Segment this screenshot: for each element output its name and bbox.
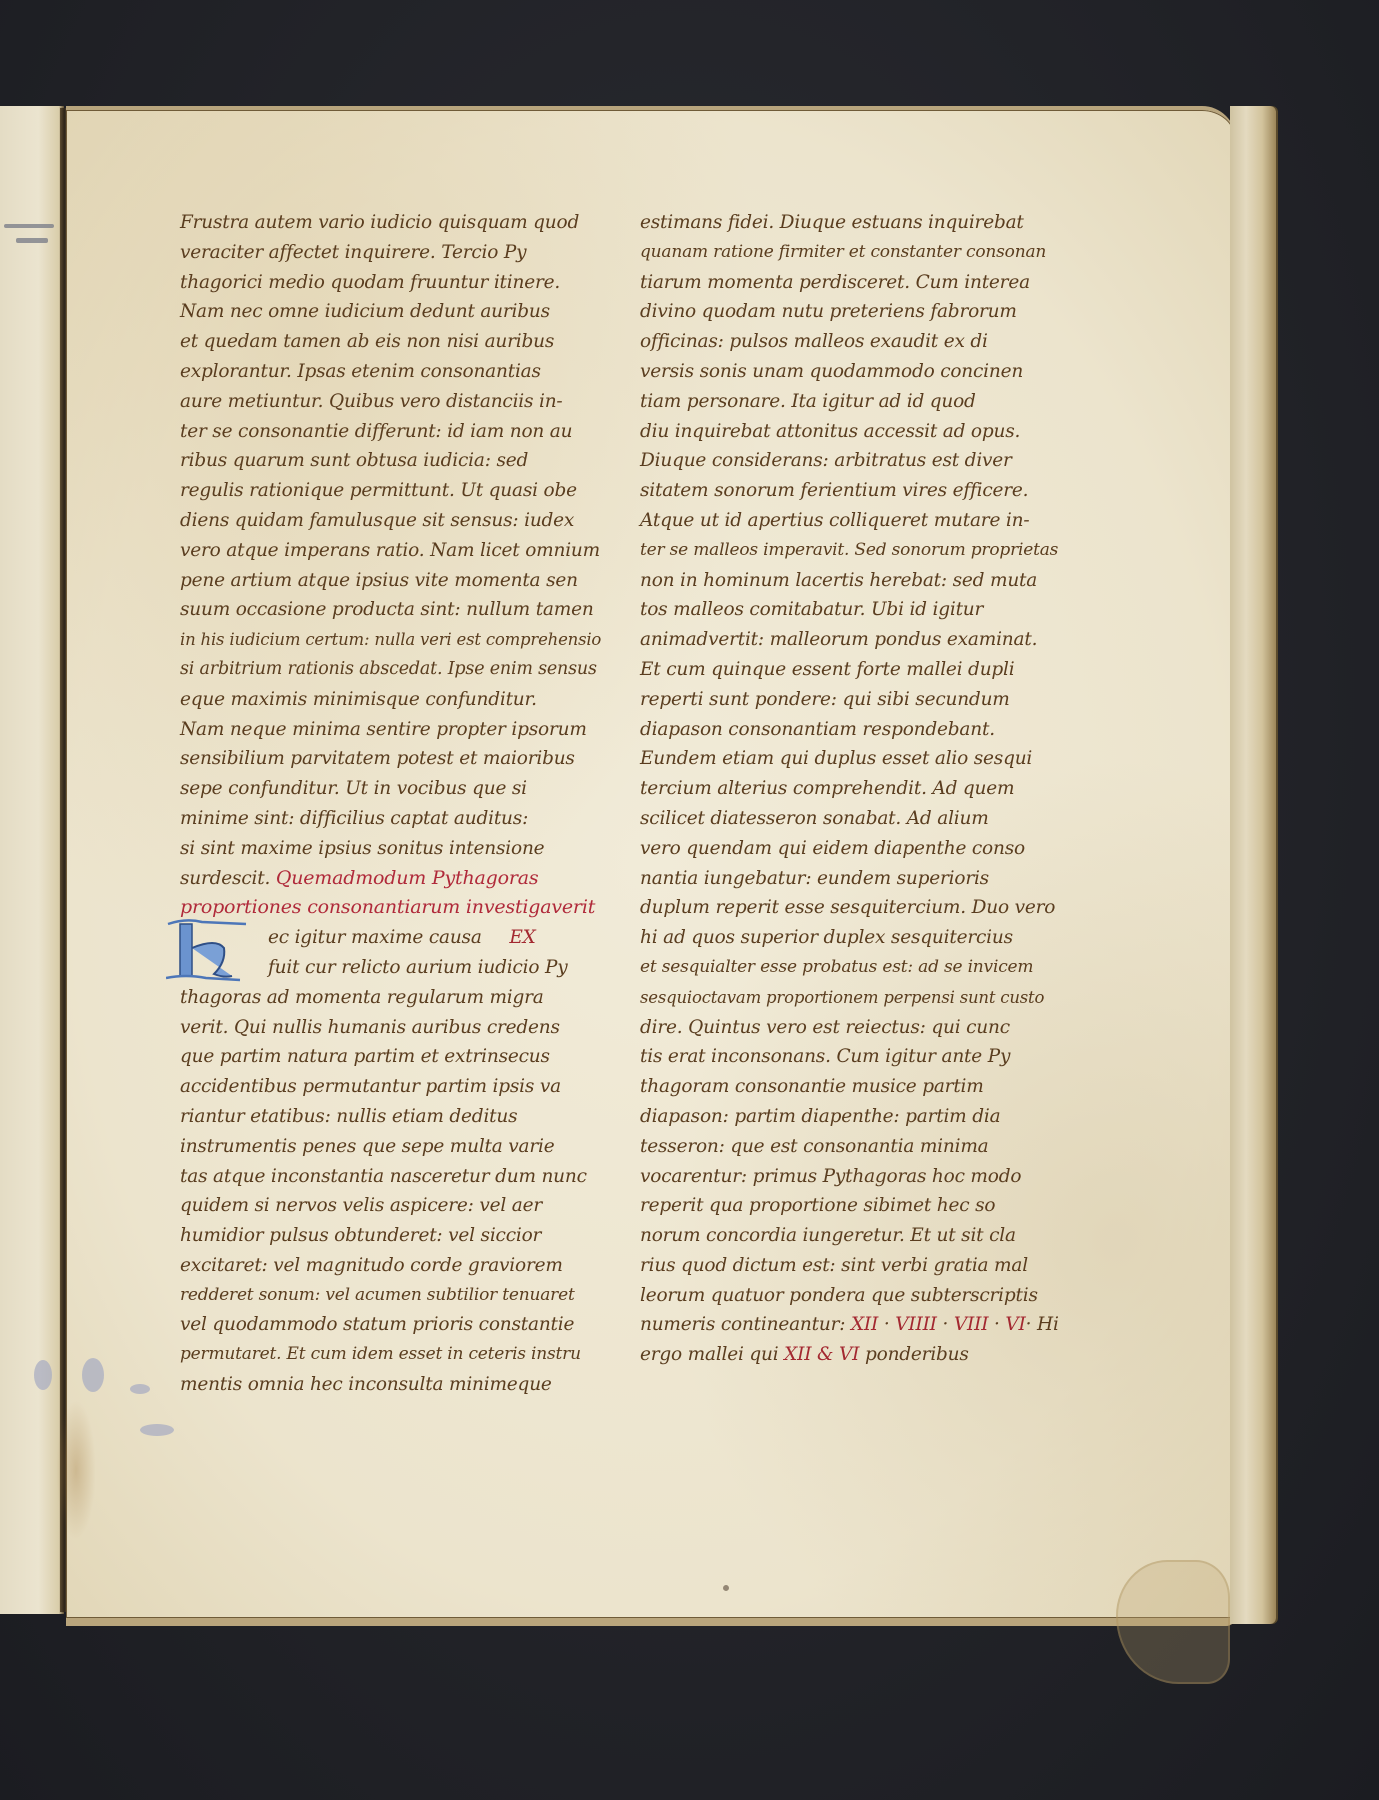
text-column-right: estimans fidei. Diuque estuans inquireba… bbox=[640, 208, 1040, 1370]
text-line: ter se malleos imperavit. Sed sonorum pr… bbox=[640, 536, 1040, 566]
text-line: si sint maxime ipsius sonitus intensione bbox=[180, 834, 570, 864]
ink-blot bbox=[34, 1360, 52, 1390]
text-fragment: ponderibus bbox=[865, 1344, 969, 1365]
text-line: vocarentur: primus Pythagoras hoc modo bbox=[640, 1162, 1040, 1192]
text-line: regulis rationique permittunt. Ut quasi … bbox=[180, 476, 570, 506]
text-line: officinas: pulsos malleos exaudit ex di bbox=[640, 327, 1040, 357]
text-line: Atque ut id apertius colliqueret mutare … bbox=[640, 506, 1040, 536]
text-line: non in hominum lacertis herebat: sed mut… bbox=[640, 566, 1040, 596]
ink-blot bbox=[140, 1424, 174, 1436]
text-line: sitatem sonorum ferientium vires efficer… bbox=[640, 476, 1040, 506]
chapter-rubric: Quemadmodum Pythagoras bbox=[276, 867, 539, 889]
text-line: que partim natura partim et extrinsecus bbox=[180, 1042, 570, 1072]
decorated-initial-h bbox=[166, 918, 248, 984]
text-line: thagoram consonantie musice partim bbox=[640, 1072, 1040, 1102]
offset-mark bbox=[4, 224, 54, 228]
text-line: humidior pulsus obtunderet: vel siccior bbox=[180, 1221, 570, 1251]
text-line: diapason: partim diapenthe: partim dia bbox=[640, 1102, 1040, 1132]
text-line: veraciter affectet inquirere. Tercio Py bbox=[180, 238, 570, 268]
text-line: diapason consonantiam respondebant. bbox=[640, 715, 1040, 745]
text-line: Et cum quinque essent forte mallei dupli bbox=[640, 655, 1040, 685]
text-line: tis erat inconsonans. Cum igitur ante Py bbox=[640, 1042, 1040, 1072]
text-line: diu inquirebat attonitus accessit ad opu… bbox=[640, 417, 1040, 447]
text-line: vero quendam qui eidem diapenthe conso bbox=[640, 834, 1040, 864]
text-line: suum occasione producta sint: nullum tam… bbox=[180, 595, 570, 625]
text-line: ter se consonantie differunt: id iam non… bbox=[180, 417, 570, 447]
text-line-with-rubric: surdescit. Quemadmodum Pythagoras bbox=[180, 864, 570, 894]
text-fragment: ergo mallei qui bbox=[640, 1344, 778, 1365]
text-line: thagoras ad momenta regularum migra bbox=[180, 983, 570, 1013]
text-line: estimans fidei. Diuque estuans inquireba… bbox=[640, 208, 1040, 238]
text-line: et quedam tamen ab eis non nisi auribus bbox=[180, 327, 570, 357]
text-line: in his iudicium certum: nulla veri est c… bbox=[180, 625, 570, 655]
text-line: riantur etatibus: nullis etiam deditus bbox=[180, 1102, 570, 1132]
text-line: vel quodammodo statum prioris constantie bbox=[180, 1310, 570, 1340]
text-line: animadvertit: malleorum pondus examinat. bbox=[640, 625, 1040, 655]
chapter-number: EX bbox=[509, 927, 535, 948]
text-line: rius quod dictum est: sint verbi gratia … bbox=[640, 1251, 1040, 1281]
text-line: si arbitrium rationis abscedat. Ipse eni… bbox=[180, 655, 570, 685]
text-line: sesquioctavam proportionem perpensi sunt… bbox=[640, 983, 1040, 1013]
roman-numeral: XII bbox=[784, 1344, 811, 1365]
text-line: quidem si nervos velis aspicere: vel aer bbox=[180, 1191, 570, 1221]
ampersand: & bbox=[817, 1344, 833, 1365]
text-line: tercium alterius comprehendit. Ad quem bbox=[640, 774, 1040, 804]
text-line: hi ad quos superior duplex sesquitercius bbox=[640, 923, 1040, 953]
text-line: divino quodam nutu preteriens fabrorum bbox=[640, 297, 1040, 327]
ink-blot bbox=[130, 1384, 150, 1394]
text-line: ribus quarum sunt obtusa iudicia: sed bbox=[180, 446, 570, 476]
text-line: aure metiuntur. Quibus vero distanciis i… bbox=[180, 387, 570, 417]
text-line: tos malleos comitabatur. Ubi id igitur bbox=[640, 595, 1040, 625]
text-line: pene artium atque ipsius vite momenta se… bbox=[180, 566, 570, 596]
text-line: Eundem etiam qui duplus esset alio sesqu… bbox=[640, 744, 1040, 774]
leaf-fore-edge bbox=[1230, 106, 1276, 1624]
text-line: Frustra autem vario iudicio quisquam quo… bbox=[180, 208, 570, 238]
text-line: permutaret. Et cum idem esset in ceteris… bbox=[180, 1340, 570, 1370]
text-line: quanam ratione firmiter et constanter co… bbox=[640, 238, 1040, 268]
text-line: duplum reperit esse sesquitercium. Duo v… bbox=[640, 893, 1040, 923]
text-line: scilicet diatesseron sonabat. Ad alium bbox=[640, 804, 1040, 834]
text-line: Nam neque minima sentire propter ipsorum bbox=[180, 715, 570, 745]
text-line: explorantur. Ipsas etenim consonantias bbox=[180, 357, 570, 387]
text-column-left: Frustra autem vario iudicio quisquam quo… bbox=[180, 208, 570, 1400]
gutter-stain bbox=[56, 1400, 96, 1540]
text-line: dire. Quintus vero est reiectus: qui cun… bbox=[640, 1013, 1040, 1043]
text-fragment: ec igitur maxime causa bbox=[268, 927, 482, 948]
text-line: Diuque considerans: arbitratus est diver bbox=[640, 446, 1040, 476]
text-line: excitaret: vel magnitudo corde graviorem bbox=[180, 1251, 570, 1281]
ink-blot bbox=[82, 1358, 104, 1392]
text-line: Nam nec omne iudicium dedunt auribus bbox=[180, 297, 570, 327]
text-line: tas atque inconstantia nasceretur dum nu… bbox=[180, 1162, 570, 1192]
text-line-with-numerals: ergo mallei qui XII & VI ponderibus bbox=[640, 1340, 1040, 1370]
text-line: sensibilium parvitatem potest et maiorib… bbox=[180, 744, 570, 774]
text-line: instrumentis penes que sepe multa varie bbox=[180, 1132, 570, 1162]
text-line-with-numerals: numeris contineantur: XII · VIIII · VIII… bbox=[640, 1310, 1040, 1340]
text-line: diens quidam famulusque sit sensus: iude… bbox=[180, 506, 570, 536]
text-line: sepe confunditur. Ut in vocibus que si bbox=[180, 774, 570, 804]
text-line: et sesquialter esse probatus est: ad se … bbox=[640, 953, 1040, 983]
roman-numeral: VIIII bbox=[895, 1314, 937, 1335]
roman-numeral: VI bbox=[839, 1344, 859, 1365]
text-line: redderet sonum: vel acumen subtilior ten… bbox=[180, 1281, 570, 1311]
text-fragment: numeris contineantur: bbox=[640, 1314, 845, 1335]
text-line: mentis omnia hec inconsulta minimeque bbox=[180, 1370, 570, 1400]
text-line: norum concordia iungeretur. Et ut sit cl… bbox=[640, 1221, 1040, 1251]
text-line: minime sint: difficilius captat auditus: bbox=[180, 804, 570, 834]
text-line: tiam personare. Ita igitur ad id quod bbox=[640, 387, 1040, 417]
text-line: reperit qua proportione sibimet hec so bbox=[640, 1191, 1040, 1221]
offset-mark bbox=[16, 238, 48, 243]
text-line: vero atque imperans ratio. Nam licet omn… bbox=[180, 536, 570, 566]
text-line: tiarum momenta perdisceret. Cum interea bbox=[640, 268, 1040, 298]
text-line: verit. Qui nullis humanis auribus creden… bbox=[180, 1013, 570, 1043]
text-line: leorum quatuor pondera que subterscripti… bbox=[640, 1281, 1040, 1311]
text-line: accidentibus permutantur partim ipsis va bbox=[180, 1072, 570, 1102]
previous-leaf-edge bbox=[0, 106, 64, 1614]
text-line: tesseron: que est consonantia minima bbox=[640, 1132, 1040, 1162]
text-line: reperti sunt pondere: qui sibi secundum bbox=[640, 685, 1040, 715]
roman-numeral: VIII bbox=[954, 1314, 988, 1335]
roman-numeral: VI bbox=[1005, 1314, 1025, 1335]
text-line: nantia iungebatur: eundem superioris bbox=[640, 864, 1040, 894]
text-line: versis sonis unam quodammodo concinen bbox=[640, 357, 1040, 387]
text-fragment: Hi bbox=[1037, 1314, 1059, 1335]
text-line: eque maximis minimisque confunditur. bbox=[180, 685, 570, 715]
roman-numeral: XII bbox=[851, 1314, 878, 1335]
text-line: thagorici medio quodam fruuntur itinere. bbox=[180, 268, 570, 298]
text-fragment: surdescit. bbox=[180, 868, 270, 889]
